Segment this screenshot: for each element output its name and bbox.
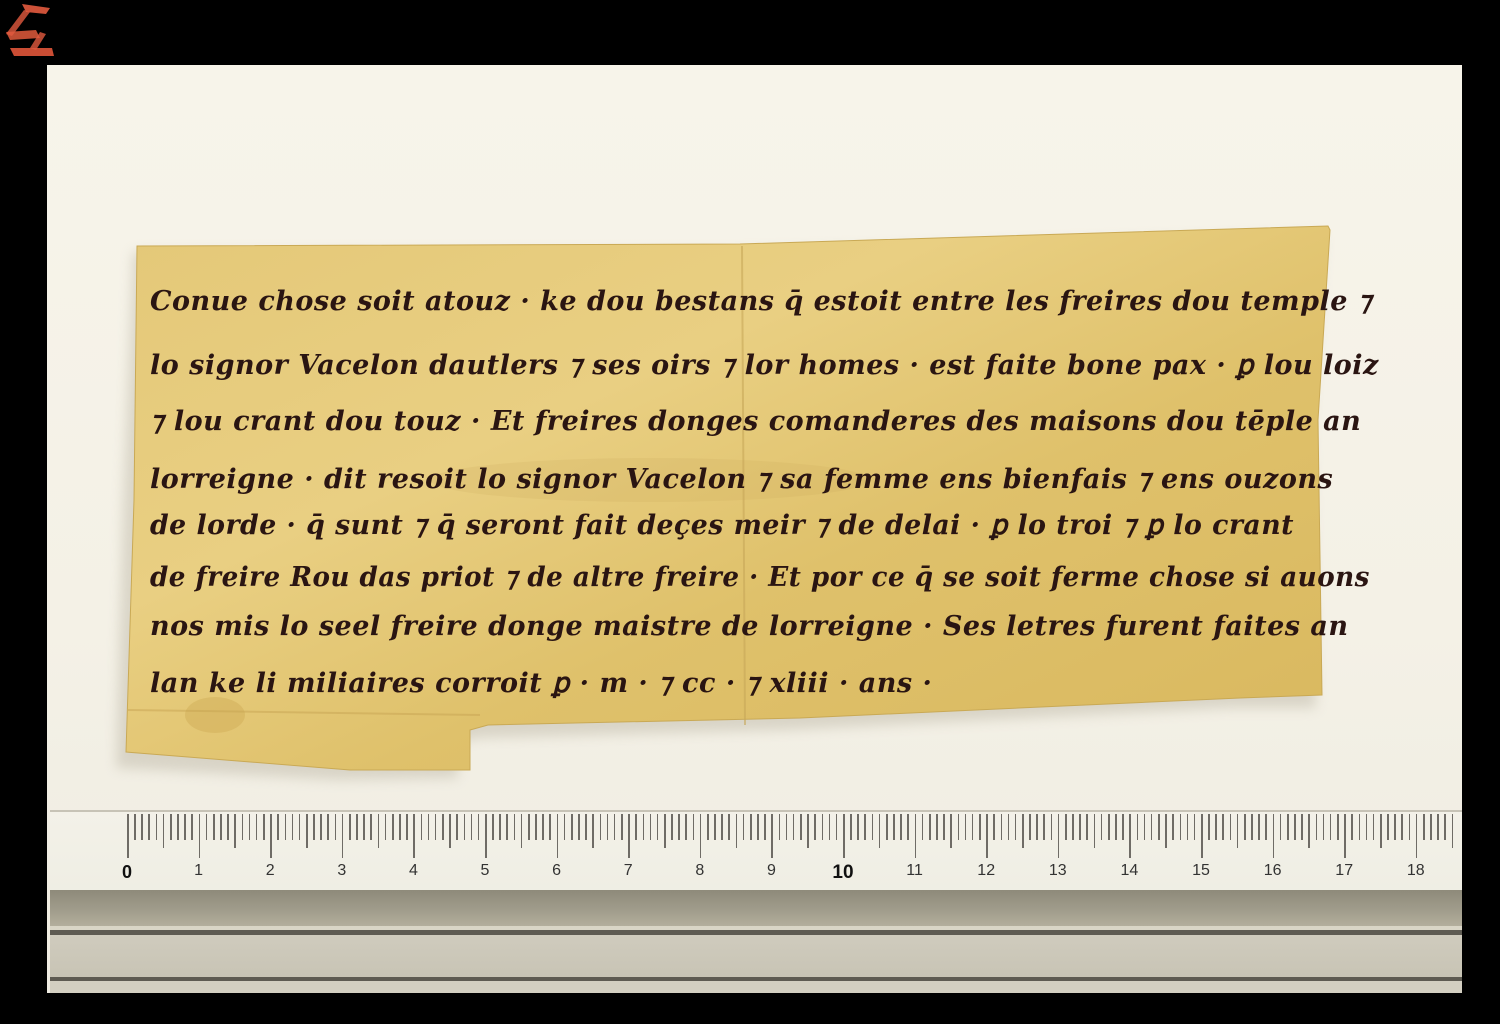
ruler-mm-tick bbox=[1330, 814, 1332, 840]
ruler-mm-tick bbox=[292, 814, 294, 840]
text-line-1: Conue chose soit atouz · ke dou bestans … bbox=[150, 286, 1372, 317]
ruler-mm-tick bbox=[285, 814, 287, 840]
ruler-mm-tick bbox=[1086, 814, 1088, 840]
ruler-mm-tick bbox=[349, 814, 351, 840]
ruler-cm-tick bbox=[628, 814, 630, 858]
ruler-cm-tick bbox=[127, 814, 129, 858]
ruler-mm-tick bbox=[886, 814, 888, 840]
ruler-mm-tick bbox=[1215, 814, 1217, 840]
ruler-mm-tick bbox=[528, 814, 530, 840]
ruler-mm-tick bbox=[786, 814, 788, 840]
ruler-mm-tick bbox=[435, 814, 437, 840]
text-line-8: lan ke li miliaires corroit ꝑ · m · ⁊ cc… bbox=[150, 668, 932, 699]
ruler-mm-tick bbox=[1452, 814, 1454, 848]
ruler-mm-tick bbox=[1258, 814, 1260, 840]
ruler-label-6: 6 bbox=[552, 862, 561, 880]
ruler-label-14: 14 bbox=[1120, 862, 1138, 880]
ruler-mm-tick bbox=[1151, 814, 1153, 840]
ruler-cm-tick bbox=[1201, 814, 1203, 858]
ruler-mm-tick bbox=[327, 814, 329, 840]
ruler-mm-tick bbox=[793, 814, 795, 840]
ruler-label-10: 10 bbox=[832, 862, 853, 884]
ruler-mm-tick bbox=[1022, 814, 1024, 848]
ruler-mm-tick bbox=[807, 814, 809, 848]
ruler-mm-tick bbox=[234, 814, 236, 848]
ruler-mm-tick bbox=[170, 814, 172, 840]
ruler-mm-tick bbox=[1280, 814, 1282, 840]
ruler-mm-tick bbox=[249, 814, 251, 840]
ruler-mm-tick bbox=[392, 814, 394, 840]
ruler-mm-tick bbox=[1294, 814, 1296, 840]
ruler-bevel bbox=[50, 890, 1462, 926]
ruler-mm-tick bbox=[578, 814, 580, 840]
ruler-mm-tick bbox=[879, 814, 881, 848]
ruler-mm-tick bbox=[499, 814, 501, 840]
ruler-mm-tick bbox=[256, 814, 258, 840]
ruler-mm-tick bbox=[163, 814, 165, 848]
ruler-mm-tick bbox=[1122, 814, 1124, 840]
ruler-mm-tick bbox=[1380, 814, 1382, 848]
ruler-mm-tick bbox=[242, 814, 244, 840]
ruler-mm-tick bbox=[1409, 814, 1411, 840]
ruler-label-2: 2 bbox=[266, 862, 275, 880]
ruler-mm-tick bbox=[1222, 814, 1224, 840]
text-line-3: ⁊ lou crant dou touz · Et freires donges… bbox=[150, 406, 1361, 437]
ruler-mm-tick bbox=[900, 814, 902, 840]
ruler-mm-tick bbox=[542, 814, 544, 840]
ruler-mm-tick bbox=[685, 814, 687, 840]
ruler-mm-tick bbox=[972, 814, 974, 840]
ruler-mm-tick bbox=[1108, 814, 1110, 840]
ruler-mm-tick bbox=[191, 814, 193, 840]
ruler-cm-tick bbox=[413, 814, 415, 858]
ruler-label-3: 3 bbox=[337, 862, 346, 880]
ruler-cm-tick bbox=[986, 814, 988, 858]
ruler-mm-tick bbox=[1401, 814, 1403, 840]
ruler-mm-tick bbox=[857, 814, 859, 840]
ruler-mm-tick bbox=[1008, 814, 1010, 840]
ruler-mm-tick bbox=[1172, 814, 1174, 840]
ruler-mm-tick bbox=[893, 814, 895, 840]
ruler-cm-tick bbox=[1344, 814, 1346, 858]
ruler-mm-tick bbox=[1208, 814, 1210, 840]
ruler-mm-tick bbox=[814, 814, 816, 840]
ruler-label-9: 9 bbox=[767, 862, 776, 880]
ruler-mm-tick bbox=[592, 814, 594, 848]
ruler-label-12: 12 bbox=[977, 862, 995, 880]
ruler-mm-tick bbox=[657, 814, 659, 840]
ruler-mm-tick bbox=[535, 814, 537, 840]
ruler-cm-tick bbox=[1416, 814, 1418, 858]
ruler-mm-tick bbox=[829, 814, 831, 840]
ruler-mm-tick bbox=[471, 814, 473, 840]
ruler-mm-tick bbox=[600, 814, 602, 840]
ruler-mm-tick bbox=[907, 814, 909, 840]
ruler-label-15: 15 bbox=[1192, 862, 1210, 880]
ruler-mm-tick bbox=[607, 814, 609, 840]
ruler-mm-tick bbox=[506, 814, 508, 840]
ruler-cm-tick bbox=[342, 814, 344, 858]
ruler-mm-tick bbox=[822, 814, 824, 840]
ruler-mm-tick bbox=[1387, 814, 1389, 840]
ruler-mm-tick bbox=[1115, 814, 1117, 840]
ruler-mm-tick bbox=[707, 814, 709, 840]
ruler-mm-tick bbox=[1394, 814, 1396, 840]
ruler-mm-tick bbox=[1029, 814, 1031, 840]
ruler-cm-tick bbox=[270, 814, 272, 858]
ruler-mm-tick bbox=[1251, 814, 1253, 840]
ruler-mm-tick bbox=[521, 814, 523, 848]
ruler-mm-tick bbox=[721, 814, 723, 840]
ruler-mm-tick bbox=[421, 814, 423, 840]
ruler-mm-tick bbox=[134, 814, 136, 840]
ruler-mm-tick bbox=[306, 814, 308, 848]
ruler-mm-tick bbox=[585, 814, 587, 840]
ruler-cm-tick bbox=[700, 814, 702, 858]
ruler-label-18: 18 bbox=[1407, 862, 1425, 880]
ruler-mm-tick bbox=[571, 814, 573, 840]
ruler-mm-tick bbox=[922, 814, 924, 840]
ruler-mm-tick bbox=[356, 814, 358, 840]
ruler-mm-tick bbox=[213, 814, 215, 840]
ruler-mm-tick bbox=[979, 814, 981, 840]
ruler-mm-tick bbox=[378, 814, 380, 848]
ruler-mm-tick bbox=[1444, 814, 1446, 840]
ruler-mm-tick bbox=[456, 814, 458, 840]
ruler-mm-tick bbox=[1244, 814, 1246, 840]
ruler-mm-tick bbox=[1065, 814, 1067, 840]
ruler-mm-tick bbox=[671, 814, 673, 840]
ruler-mm-tick bbox=[1359, 814, 1361, 840]
ruler-mm-tick bbox=[800, 814, 802, 840]
ruler-cm-tick bbox=[1273, 814, 1275, 858]
ruler-cm-tick bbox=[199, 814, 201, 858]
ruler-mm-tick bbox=[363, 814, 365, 840]
ruler-mm-tick bbox=[335, 814, 337, 840]
ruler-mm-tick bbox=[1072, 814, 1074, 840]
ruler-mm-tick bbox=[993, 814, 995, 840]
ruler-mm-tick bbox=[464, 814, 466, 840]
ruler-mm-tick bbox=[1230, 814, 1232, 840]
ruler-mm-tick bbox=[1437, 814, 1439, 840]
ruler-mm-tick bbox=[1144, 814, 1146, 840]
ruler-mm-tick bbox=[320, 814, 322, 840]
ruler-mm-tick bbox=[1001, 814, 1003, 840]
ruler-mm-tick bbox=[872, 814, 874, 840]
ruler-label-4: 4 bbox=[409, 862, 418, 880]
ruler-label-11: 11 bbox=[906, 862, 923, 880]
text-line-2: lo signor Vacelon dautlers ⁊ ses oirs ⁊ … bbox=[150, 350, 1379, 381]
ruler-mm-tick bbox=[478, 814, 480, 840]
ruler-mm-tick bbox=[514, 814, 516, 840]
ruler-mm-tick bbox=[965, 814, 967, 840]
ruler-mm-tick bbox=[1430, 814, 1432, 840]
ruler-mm-tick bbox=[1351, 814, 1353, 840]
centimetre-ruler: 0123456789101112131415161718 bbox=[50, 810, 1462, 993]
ruler-mm-tick bbox=[1187, 814, 1189, 840]
ruler-mm-tick bbox=[743, 814, 745, 840]
ruler-mm-tick bbox=[850, 814, 852, 840]
text-line-7: nos mis lo seel freire donge maistre de … bbox=[150, 611, 1348, 642]
ruler-mm-tick bbox=[1101, 814, 1103, 840]
text-line-5: de lorde · q̄ sunt ⁊ q̄ seront fait deçe… bbox=[150, 510, 1294, 541]
ruler-mm-tick bbox=[1373, 814, 1375, 840]
ruler-mm-tick bbox=[1036, 814, 1038, 840]
ruler-mm-tick bbox=[1316, 814, 1318, 840]
ruler-mm-tick bbox=[1301, 814, 1303, 840]
ruler-mm-tick bbox=[227, 814, 229, 840]
ruler-mm-tick bbox=[736, 814, 738, 848]
ruler-mm-tick bbox=[929, 814, 931, 840]
ruler-label-17: 17 bbox=[1335, 862, 1353, 880]
ruler-mm-tick bbox=[643, 814, 645, 840]
ruler-mm-tick bbox=[206, 814, 208, 840]
ruler-mm-tick bbox=[370, 814, 372, 840]
ruler-mm-tick bbox=[1287, 814, 1289, 840]
ruler-mm-tick bbox=[1094, 814, 1096, 848]
ruler-mm-tick bbox=[678, 814, 680, 840]
ruler-mm-tick bbox=[399, 814, 401, 840]
ruler-mm-tick bbox=[621, 814, 623, 840]
ruler-mm-tick bbox=[1165, 814, 1167, 848]
ruler-cm-tick bbox=[915, 814, 917, 858]
ruler-mm-tick bbox=[428, 814, 430, 840]
ruler-mm-tick bbox=[1423, 814, 1425, 840]
red-shelfmark-numeral bbox=[0, 0, 62, 70]
text-line-4: lorreigne · dit resoit lo signor Vacelon… bbox=[150, 464, 1333, 495]
ruler-mm-tick bbox=[1137, 814, 1139, 840]
ruler-cm-tick bbox=[1058, 814, 1060, 858]
ruler-mm-tick bbox=[958, 814, 960, 840]
ruler-mm-tick bbox=[650, 814, 652, 840]
ruler-cm-tick bbox=[771, 814, 773, 858]
ruler-cm-tick bbox=[557, 814, 559, 858]
ruler-mm-tick bbox=[864, 814, 866, 840]
ruler-mm-tick bbox=[1237, 814, 1239, 848]
ruler-mm-tick bbox=[220, 814, 222, 840]
ruler-label-0: 0 bbox=[122, 862, 132, 883]
ruler-mm-tick bbox=[836, 814, 838, 840]
ruler-cm-tick bbox=[485, 814, 487, 858]
ruler-mm-tick bbox=[757, 814, 759, 840]
ruler-mm-tick bbox=[1015, 814, 1017, 840]
ruler-mm-tick bbox=[442, 814, 444, 840]
ruler-mm-tick bbox=[1079, 814, 1081, 840]
ruler-mm-tick bbox=[635, 814, 637, 840]
ruler-mm-tick bbox=[1265, 814, 1267, 840]
ruler-mm-tick bbox=[750, 814, 752, 840]
ruler-mm-tick bbox=[1158, 814, 1160, 840]
ruler-mm-tick bbox=[277, 814, 279, 840]
ruler-mm-tick bbox=[385, 814, 387, 840]
ruler-mm-tick bbox=[664, 814, 666, 848]
ruler-label-1: 1 bbox=[194, 862, 203, 880]
ruler-mm-tick bbox=[564, 814, 566, 840]
ruler-scale-face: 0123456789101112131415161718 bbox=[50, 810, 1462, 890]
ruler-label-13: 13 bbox=[1049, 862, 1067, 880]
ruler-label-16: 16 bbox=[1264, 862, 1282, 880]
ruler-mm-tick bbox=[263, 814, 265, 840]
ruler-mm-tick bbox=[764, 814, 766, 840]
ruler-mm-tick bbox=[943, 814, 945, 840]
ruler-mm-tick bbox=[950, 814, 952, 848]
ruler-mm-tick bbox=[156, 814, 158, 840]
ruler-mm-tick bbox=[177, 814, 179, 840]
ruler-label-5: 5 bbox=[481, 862, 490, 880]
ruler-mm-tick bbox=[492, 814, 494, 840]
ruler-mm-tick bbox=[1180, 814, 1182, 840]
ruler-mm-tick bbox=[406, 814, 408, 840]
ruler-mm-tick bbox=[549, 814, 551, 840]
ruler-cm-tick bbox=[843, 814, 845, 858]
ruler-label-7: 7 bbox=[624, 862, 633, 880]
ruler-mm-tick bbox=[299, 814, 301, 840]
ruler-label-8: 8 bbox=[695, 862, 704, 880]
text-line-6: de freire Rou das priot ⁊ de altre freir… bbox=[150, 562, 1370, 593]
ruler-metal-body bbox=[50, 935, 1462, 977]
ruler-mm-tick bbox=[184, 814, 186, 840]
ruler-mm-tick bbox=[714, 814, 716, 840]
ruler-mm-tick bbox=[313, 814, 315, 840]
ruler-mm-tick bbox=[1043, 814, 1045, 840]
ruler-mm-tick bbox=[936, 814, 938, 840]
ruler-mm-tick bbox=[1051, 814, 1053, 840]
ruler-mm-tick bbox=[148, 814, 150, 840]
ruler-mm-tick bbox=[1337, 814, 1339, 840]
ruler-mm-tick bbox=[1366, 814, 1368, 840]
ruler-mm-tick bbox=[1308, 814, 1310, 848]
ruler-mm-tick bbox=[141, 814, 143, 840]
ruler-mm-tick bbox=[1323, 814, 1325, 840]
ruler-mm-tick bbox=[1194, 814, 1196, 840]
ruler-mm-tick bbox=[779, 814, 781, 840]
ruler-mm-tick bbox=[693, 814, 695, 840]
ruler-cm-tick bbox=[1129, 814, 1131, 858]
ruler-mm-tick bbox=[449, 814, 451, 848]
ruler-mm-tick bbox=[614, 814, 616, 840]
ruler-mm-tick bbox=[728, 814, 730, 840]
